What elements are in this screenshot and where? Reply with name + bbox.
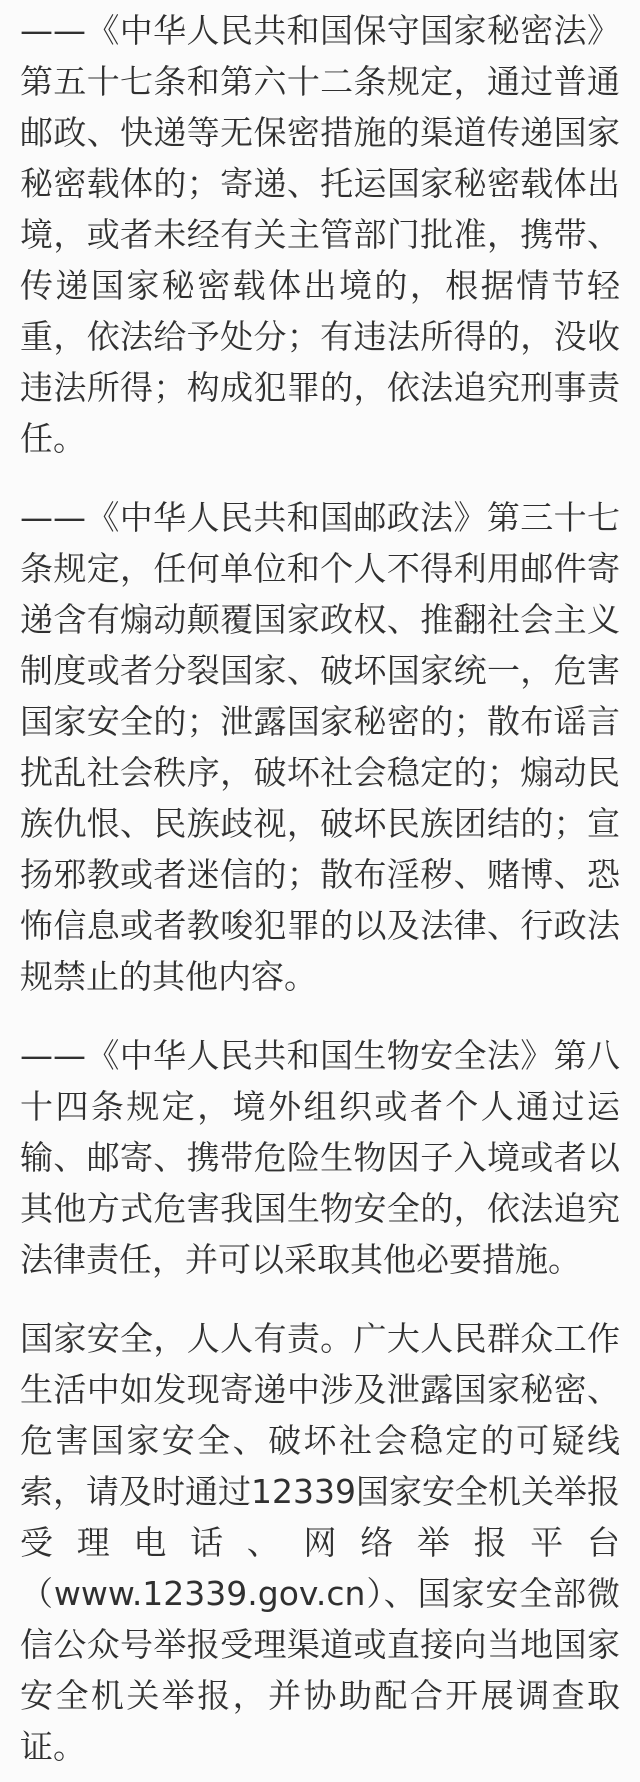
paragraph-law-biosecurity: ——《中华人民共和国生物安全法》第八十四条规定，境外组织或者个人通过运输、邮寄、…: [20, 1030, 620, 1285]
paragraph-law-postal: ——《中华人民共和国邮政法》第三十七条规定，任何单位和个人不得利用邮件寄递含有煽…: [20, 492, 620, 1002]
paragraph-report-channels: 国家安全，人人有责。广大人民群众工作生活中如发现寄递中涉及泄露国家秘密、危害国家…: [20, 1313, 620, 1772]
paragraph-law-secrecy: ——《中华人民共和国保守国家秘密法》第五十七条和第六十二条规定，通过普通邮政、快…: [20, 5, 620, 464]
article-page: ——《中华人民共和国保守国家秘密法》第五十七条和第六十二条规定，通过普通邮政、快…: [0, 0, 640, 1782]
